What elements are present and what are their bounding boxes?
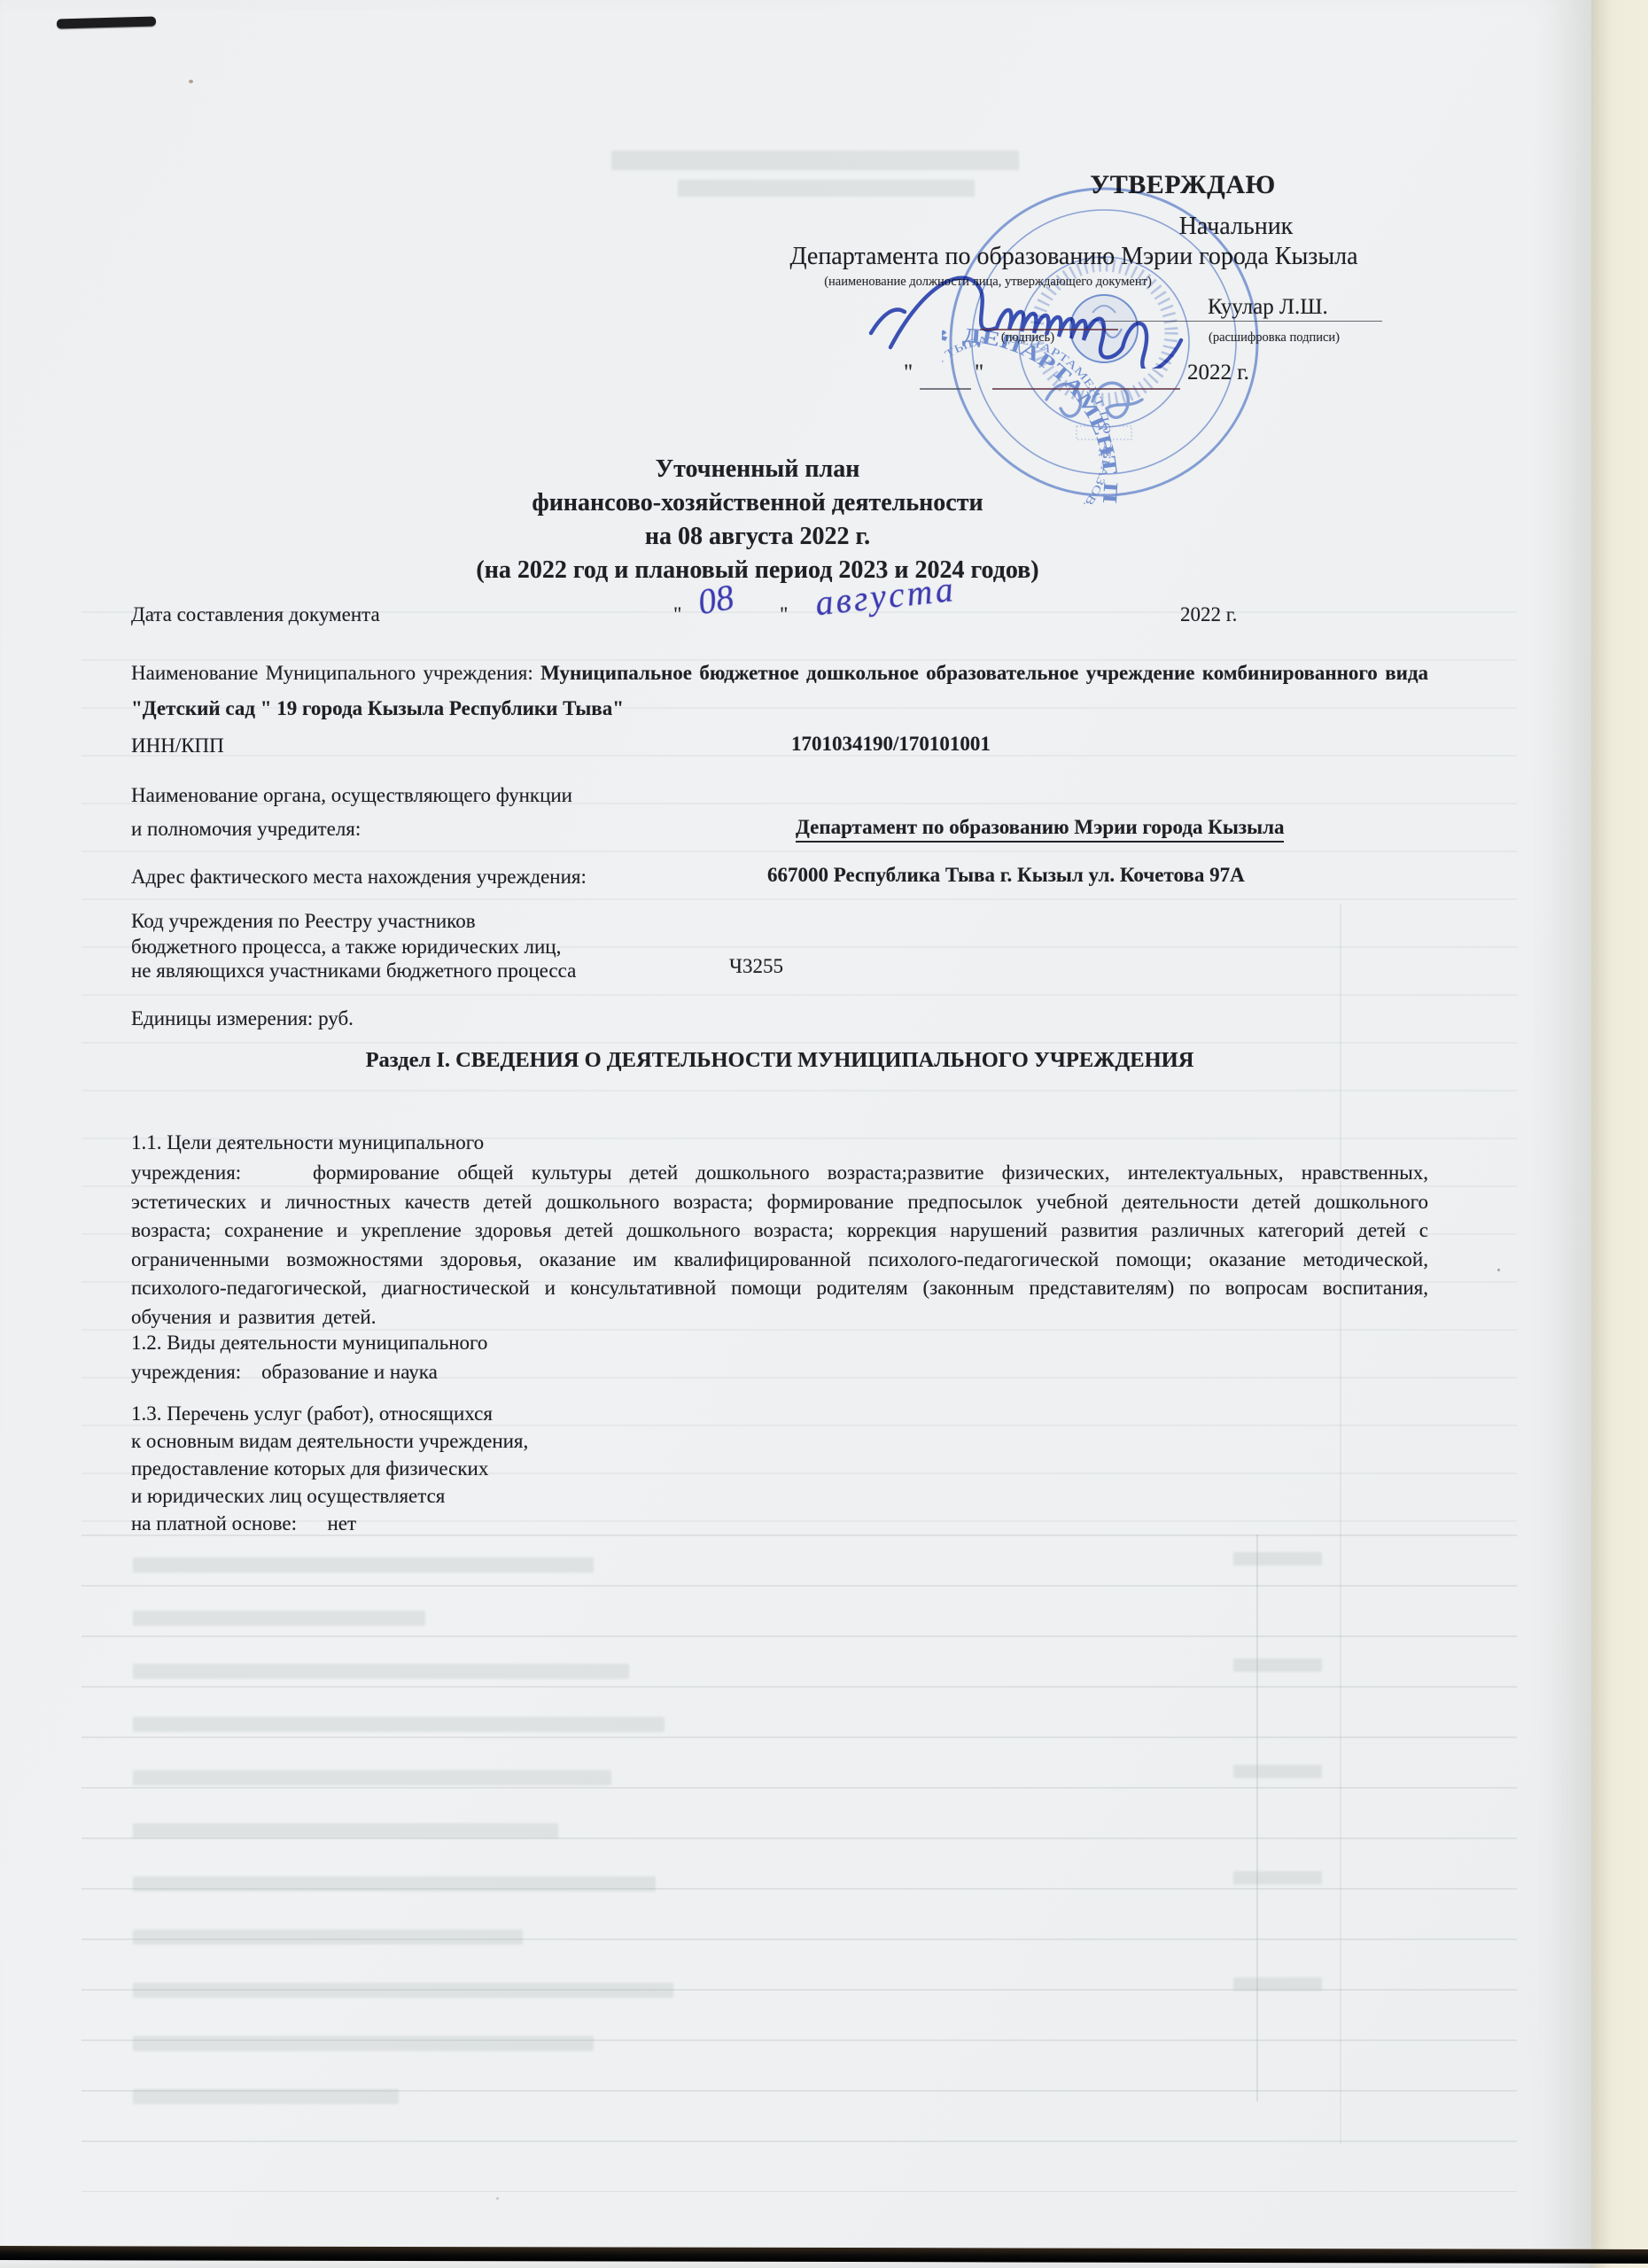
activities-text: учреждения: образование и наука [131,1360,438,1386]
doc-date-day-handwritten: 08 [695,575,737,625]
activities-label: 1.2. Виды деятельности муниципального [131,1331,487,1356]
doc-date-open-quote: " [673,602,681,628]
approval-date-month-line [992,388,1180,390]
institution-name-label: Наименование Муниципального учреждения: [131,662,533,684]
bleed-through-artifact [1233,1765,1322,1778]
bleed-through-column-line [1340,904,1341,2144]
doc-title-line4: (на 2022 год и плановый период 2023 и 20… [310,555,1205,586]
bleed-through-artifact [133,1557,594,1573]
address-label: Адрес фактического места нахождения учре… [131,865,587,890]
doc-title-line1: Уточненный план [310,454,1205,485]
goals-text: учреждения: формирование общей культуры … [131,1159,1428,1332]
institution-name-value-line2: "Детский сад " 19 города Кызыла Республи… [131,696,624,722]
bleed-through-artifact [133,1770,611,1785]
services-line-4: и юридических лиц осуществляется [131,1484,445,1510]
services-line-5: на платной основе: нет [131,1511,356,1537]
signer-name: Куулар Л.Ш. [1208,293,1328,321]
scanned-document-page: УТВЕРЖДАЮ Начальник Департамента по обра… [0,0,1648,2268]
bleed-through-artifact [133,1983,673,1998]
goals-label: 1.1. Цели деятельности муниципального [131,1130,484,1156]
registry-label-line2: бюджетного процесса, а также юридических… [131,935,561,960]
services-line-1: 1.3. Перечень услуг (работ), относящихся [131,1402,493,1427]
dust-speck [189,80,193,83]
approval-date-open-quote: " [904,359,913,386]
bleed-through-artifact [133,1876,656,1891]
doc-date-year: 2022 г. [1180,602,1237,628]
doc-title-line2: финансово-хозяйственной деятельности [310,487,1205,518]
bleed-through-artifact [133,1664,629,1679]
scanner-backing-strip [1591,0,1648,2268]
bleed-through-artifact [611,151,1019,170]
approval-date-day-line [920,388,971,390]
bleed-through-column-line [1256,1534,1258,2101]
institution-name-value-line1: Муниципальное бюджетное дошкольное образ… [540,662,1428,684]
founder-value: Департамент по образованию Мэрии города … [796,815,1284,843]
signature-caption: (подпись) [961,330,1094,346]
bleed-through-artifact [1233,1658,1322,1672]
address-value: 667000 Республика Тыва г. Кызыл ул. Коче… [767,863,1245,889]
approval-date-close-quote: " [975,359,983,386]
bleed-through-artifact [133,2036,594,2051]
founder-label-line1: Наименование органа, осуществляющего фун… [131,783,572,809]
registry-label-line3: не являющихся участниками бюджетного про… [131,959,576,984]
founder-label-line2: и полномочия учредителя: [131,817,361,843]
bleed-through-artifact [1233,1552,1322,1565]
inn-kpp-value: 1701034190/170101001 [791,732,991,757]
bleed-through-artifact [678,180,975,197]
doc-date-close-quote: " [780,602,788,628]
approval-date-year: 2022 г. [1187,359,1249,386]
doc-date-label: Дата составления документа [131,602,380,628]
doc-title-line3: на 08 августа 2022 г. [310,521,1205,552]
bleed-through-artifact [133,1823,558,1838]
dust-speck [1497,1269,1500,1271]
registry-label-line1: Код учреждения по Реестру участников [131,909,476,935]
units-label: Единицы измерения: руб. [131,1006,354,1032]
registry-code-value: Ч3255 [729,954,783,980]
bleed-through-artifact [133,1611,425,1626]
bleed-through-artifact [1233,1977,1322,1991]
bleed-through-artifact [133,1717,665,1732]
bleed-through-artifact [1233,1871,1322,1884]
section1-heading: Раздел I. СВЕДЕНИЯ О ДЕЯТЕЛЬНОСТИ МУНИЦИ… [131,1047,1428,1075]
inn-kpp-label: ИНН/КПП [131,734,224,759]
services-line-2: к основным видам деятельности учреждения… [131,1429,528,1455]
signature-name-caption: (расшифровка подписи) [1177,330,1372,346]
bleed-through-artifact [133,1930,523,1945]
bleed-through-artifact [133,2089,399,2104]
dust-speck [496,2197,499,2200]
services-line-3: предоставление которых для физических [131,1456,488,1482]
institution-name-row: Наименование Муниципального учреждения: … [131,661,1428,687]
